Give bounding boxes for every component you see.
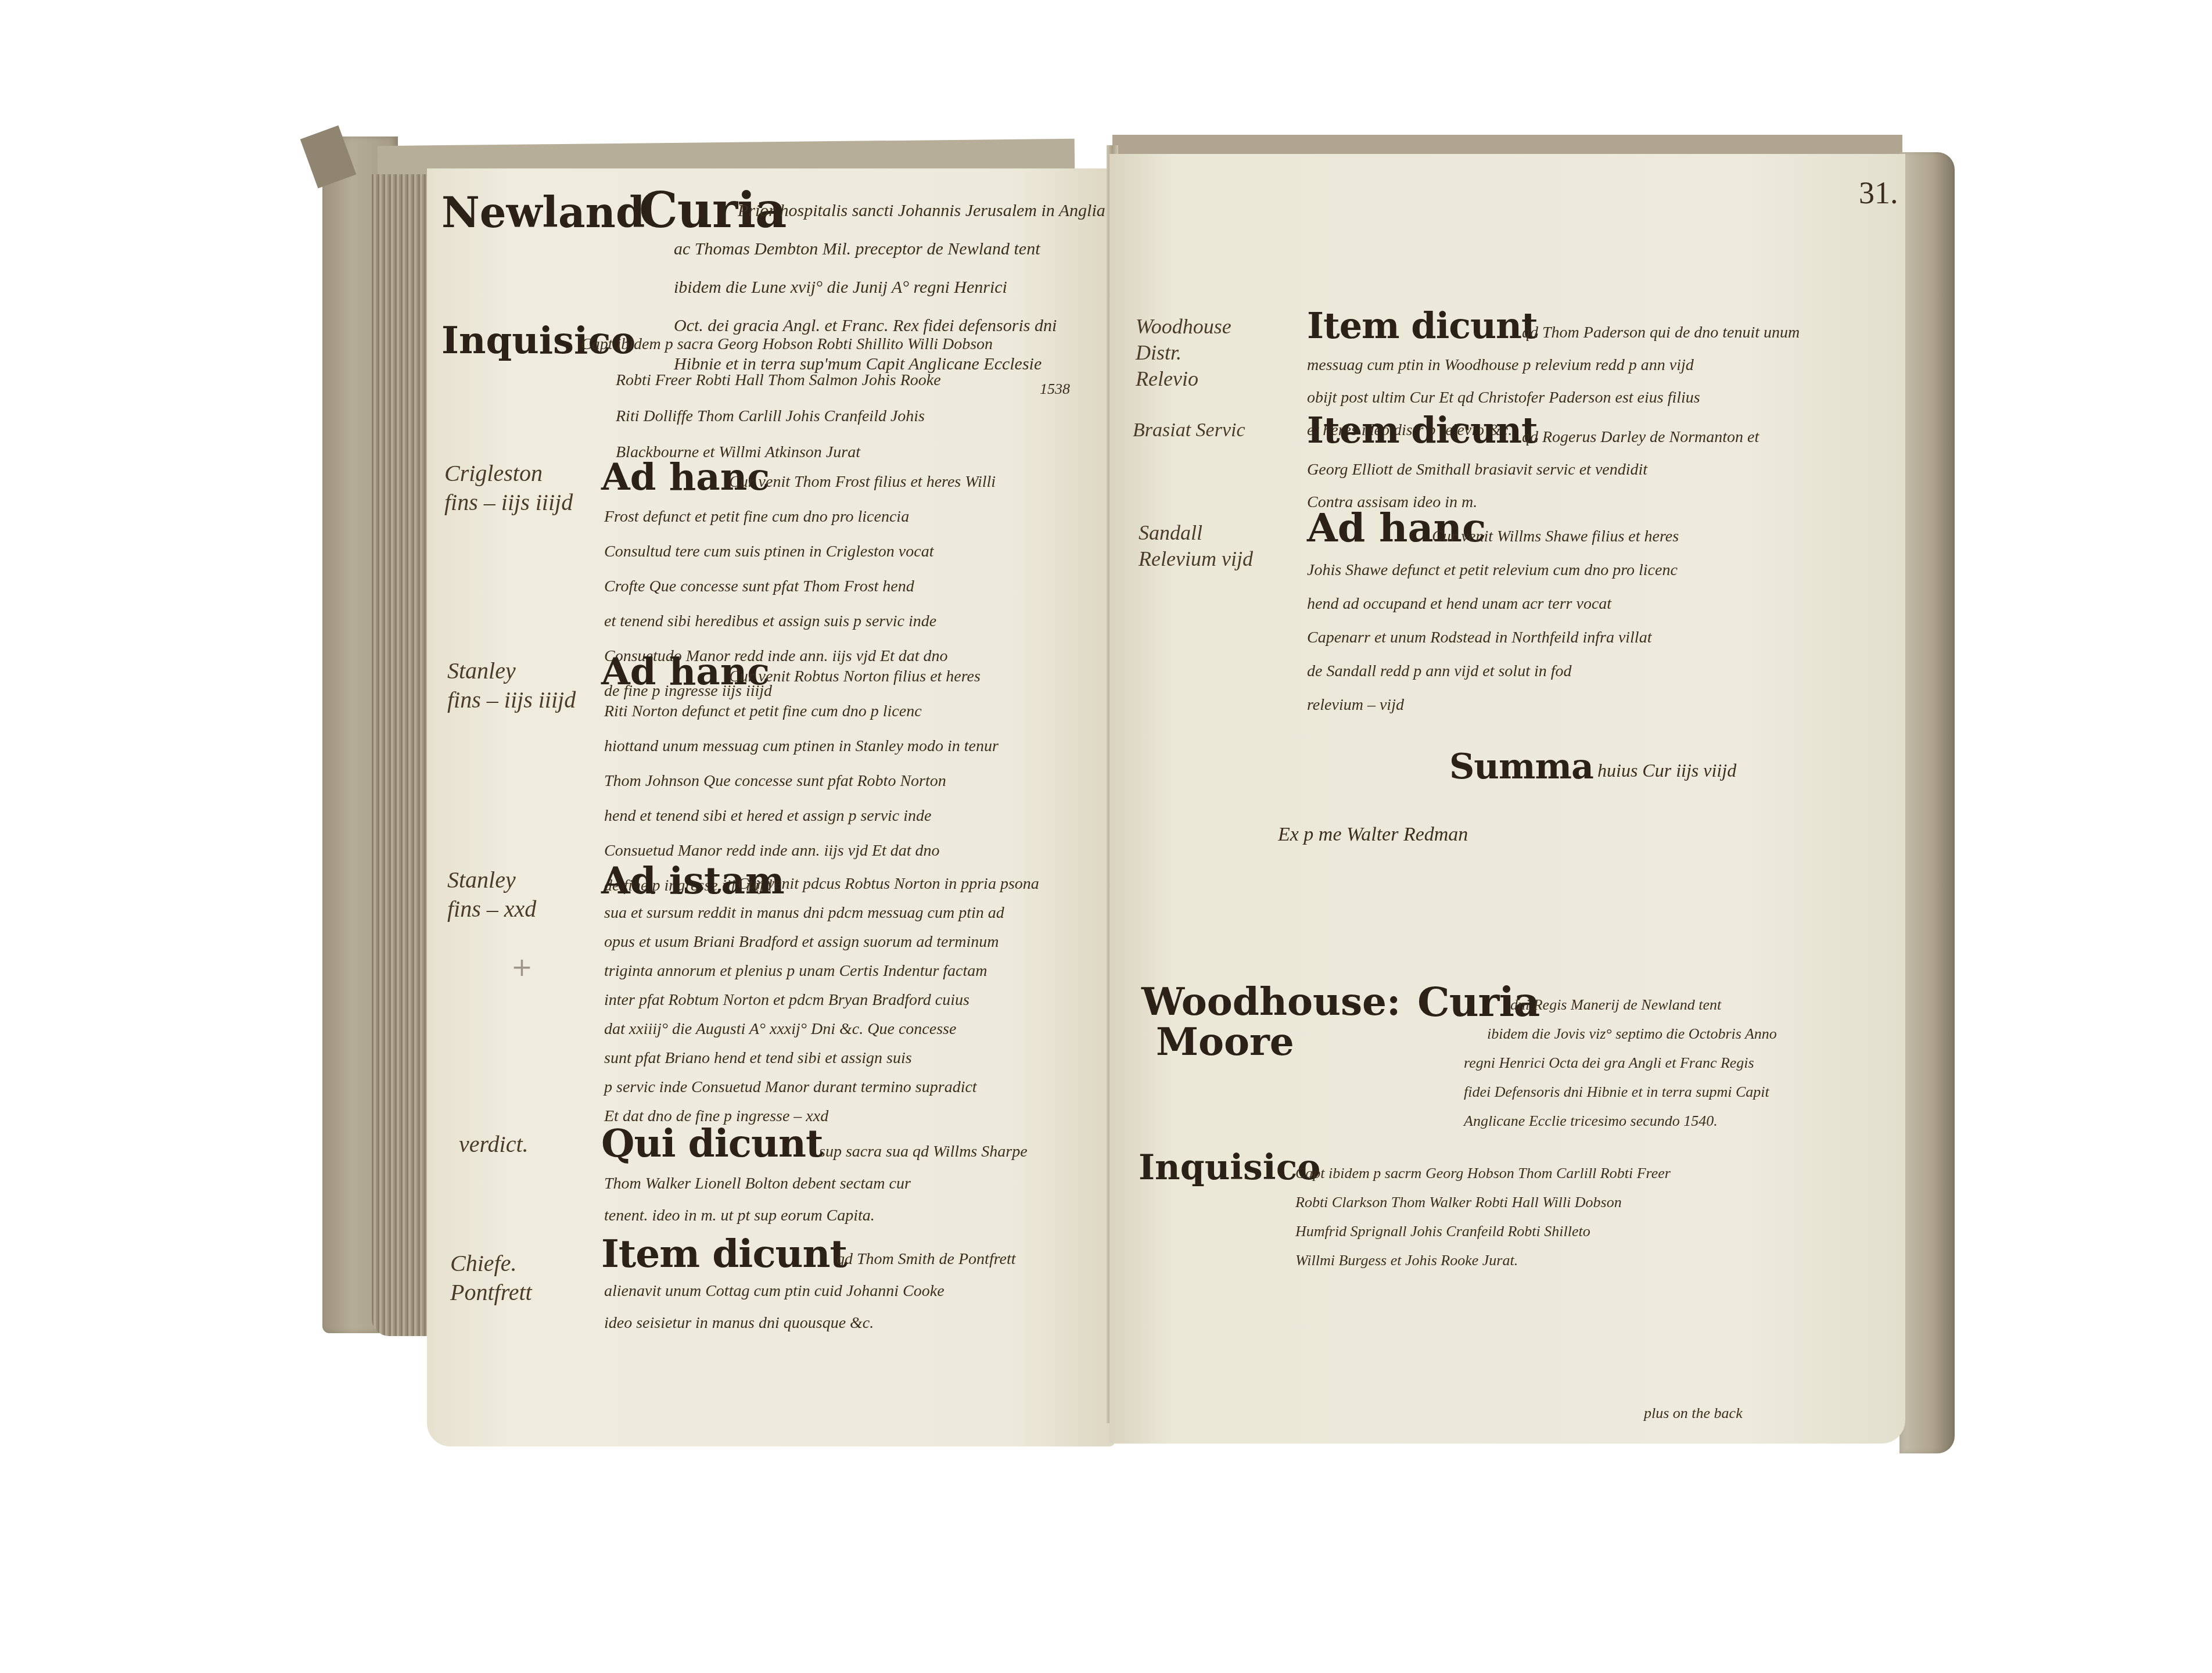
margin-heading-line: Moore: [1156, 1022, 1401, 1062]
text-line: ibidem die Jovis viz° septimo die Octobr…: [1487, 1019, 1777, 1049]
text-line: dat xxiiij° die Augusti A° xxxij° Dni &c…: [604, 1015, 1039, 1044]
manuscript-book: Newland Curia Prior hospitalis sancti Jo…: [0, 0, 2212, 1673]
text-line: qd Rogerus Darley de Normanton et: [1522, 421, 1759, 454]
summa-heading: Summa: [1449, 749, 1593, 784]
text-line: inter pfat Robtum Norton et pdcm Bryan B…: [604, 986, 1039, 1015]
margin-note-sandall: Sandall Relevium vijd: [1139, 520, 1253, 572]
text-line: ideo seisietur in manus dni quousque &c.: [604, 1307, 1016, 1339]
text-line: Robti Freer Robti Hall Thom Salmon Johis…: [616, 362, 993, 398]
folio-number: 31.: [1859, 177, 1898, 209]
text-line: hend et tenend sibi et hered et assign p…: [604, 799, 999, 834]
text-line: sua et sursum reddit in manus dni pdcm m…: [604, 899, 1039, 928]
margin-note-line: Distr.: [1136, 340, 1231, 366]
text-line: Cur venit pdcus Robtus Norton in ppria p…: [738, 870, 1039, 899]
text-line: sunt pfat Briano hend et tend sibi et as…: [604, 1044, 1039, 1073]
margin-note-line: Crigleston: [444, 459, 573, 488]
text-line: hiottand unum messuag cum ptinen in Stan…: [604, 729, 999, 764]
woodhouse-curia-text-block: dni Regis Manerij de Newland tent ibidem…: [1510, 990, 1777, 1136]
text-line: et tenend sibi heredibus et assign suis …: [604, 604, 996, 639]
margin-note-stanley-2: Stanley fins – xxd: [447, 866, 536, 924]
margin-note-line: Pontfrett: [450, 1278, 532, 1307]
margin-note-line: fins – iijs iiijd: [444, 488, 573, 517]
text-line: hend ad occupand et hend unam acr terr v…: [1307, 587, 1679, 621]
margin-note-line: fins – iijs iiijd: [447, 685, 576, 715]
bottom-catchword-note: plus on the back: [1644, 1406, 1743, 1421]
text-line: opus et usum Briani Bradford et assign s…: [604, 928, 1039, 957]
text-line: Crofte Que concesse sunt pfat Thom Frost…: [604, 569, 996, 604]
text-line: Thom Johnson Que concesse sunt pfat Robt…: [604, 764, 999, 799]
text-line: Capt ibidem p sacrm Georg Hobson Thom Ca…: [1295, 1159, 1671, 1188]
summa-amount: huius Cur iijs viijd: [1597, 761, 1736, 780]
text-line: Cur venit Robtus Norton filius et heres: [729, 659, 999, 694]
margin-heading-line: Woodhouse:: [1141, 982, 1401, 1022]
text-line: dni Regis Manerij de Newland tent: [1510, 990, 1777, 1019]
margin-note-line: Woodhouse: [1136, 314, 1231, 340]
verdict-text-block: sup sacra sua qd Willms Sharpe Thom Walk…: [604, 1136, 1028, 1232]
margin-note-verdict: verdict.: [459, 1130, 529, 1159]
text-line: Robti Clarkson Thom Walker Robti Hall Wi…: [1295, 1188, 1671, 1217]
margin-note-woodhouse: Woodhouse Distr. Relevio: [1136, 314, 1231, 392]
text-line: triginta annorum et plenius p unam Certi…: [604, 957, 1039, 986]
text-line: ibidem die Lune xvij° die Junij A° regni…: [674, 268, 1105, 307]
brasiat-text-block: qd Rogerus Darley de Normanton et Georg …: [1307, 421, 1759, 519]
text-line: qd Thom Smith de Pontfrett: [836, 1243, 1016, 1275]
text-line: qd Thom Paderson qui de dno tenuit unum: [1522, 317, 1800, 349]
text-line: de Sandall redd p ann vijd et solut in f…: [1307, 655, 1679, 688]
pencil-cross-mark: +: [511, 953, 533, 982]
right-cover-binding: [1899, 152, 1955, 1453]
margin-note-crigleston: Crigleston fins – iijs iiijd: [444, 459, 573, 517]
left-page-block-edges: [372, 174, 430, 1336]
text-line: messuag cum ptin in Woodhouse p relevium…: [1307, 349, 1800, 382]
text-line: relevium – vijd: [1307, 688, 1679, 722]
stanley-2-text-block: Cur venit pdcus Robtus Norton in ppria p…: [604, 870, 1039, 1131]
year-note: 1538: [1040, 383, 1105, 395]
text-line: Anglicane Ecclie tricesimo secundo 1540.: [1464, 1107, 1777, 1136]
margin-note-brasiat: Brasiat Servic: [1133, 418, 1245, 443]
text-line: Cur venit Willms Shawe filius et heres: [1432, 520, 1679, 554]
text-line: Georg Elliott de Smithall brasiavit serv…: [1307, 454, 1759, 486]
margin-heading-inquisico-r: Inquisico: [1139, 1150, 1320, 1185]
margin-note-line: Chiefe.: [450, 1249, 532, 1278]
margin-heading-woodhouse-moore: Woodhouse: Moore: [1141, 982, 1401, 1062]
inquisico-text-block: Capt ibidem p sacra Georg Hobson Robti S…: [581, 326, 993, 471]
text-line: sup sacra sua qd Willms Sharpe: [819, 1136, 1028, 1168]
text-line: Capenarr et unum Rodstead in Northfeild …: [1307, 621, 1679, 655]
text-line: Capt ibidem p sacra Georg Hobson Robti S…: [581, 326, 993, 362]
text-line: Frost defunct et petit fine cum dno pro …: [604, 500, 996, 534]
margin-note-line: Sandall: [1139, 520, 1253, 546]
margin-note-line: fins – xxd: [447, 895, 536, 924]
text-line: Prior hospitalis sancti Johannis Jerusal…: [738, 192, 1105, 230]
text-line: Thom Walker Lionell Bolton debent sectam…: [604, 1168, 1028, 1200]
margin-note-line: Stanley: [447, 656, 576, 685]
pontfrett-text-block: qd Thom Smith de Pontfrett alienavit unu…: [604, 1243, 1016, 1339]
text-line: regni Henrici Octa dei gra Angli et Fran…: [1464, 1049, 1777, 1078]
text-line: ac Thomas Dembton Mil. preceptor de Newl…: [674, 230, 1105, 268]
text-line: Johis Shawe defunct et petit relevium cu…: [1307, 554, 1679, 587]
margin-note-line: Relevio: [1136, 366, 1231, 392]
margin-note-line: Relevium vijd: [1139, 546, 1253, 572]
torn-cover-tab: [300, 125, 357, 189]
text-line: Consultud tere cum suis ptinen in Crigle…: [604, 534, 996, 569]
text-line: Riti Norton defunct et petit fine cum dn…: [604, 694, 999, 729]
text-line: alienavit unum Cottag cum ptin cuid Joha…: [604, 1275, 1016, 1307]
text-line: Cur venit Thom Frost filius et heres Wil…: [729, 465, 996, 500]
inquisico-r-text-block: Capt ibidem p sacrm Georg Hobson Thom Ca…: [1295, 1159, 1671, 1275]
text-line: Willmi Burgess et Johis Rooke Jurat.: [1295, 1246, 1671, 1275]
text-line: p servic inde Consuetud Manor durant ter…: [604, 1073, 1039, 1102]
sandall-text-block: Cur venit Willms Shawe filius et heres J…: [1307, 520, 1679, 722]
text-line: Humfrid Sprignall Johis Cranfeild Robti …: [1295, 1217, 1671, 1246]
text-line: fidei Defensoris dni Hibnie et in terra …: [1464, 1078, 1777, 1107]
margin-heading-newland: Newland: [441, 192, 645, 234]
margin-note-line: Stanley: [447, 866, 536, 895]
text-line: Riti Dolliffe Thom Carlill Johis Cranfei…: [616, 398, 993, 435]
margin-note-pontfrett: Chiefe. Pontfrett: [450, 1249, 532, 1307]
signature-walter-redman: Ex p me Walter Redman: [1278, 825, 1468, 845]
margin-note-stanley: Stanley fins – iijs iiijd: [447, 656, 576, 715]
text-line: tenent. ideo in m. ut pt sup eorum Capit…: [604, 1200, 1028, 1232]
